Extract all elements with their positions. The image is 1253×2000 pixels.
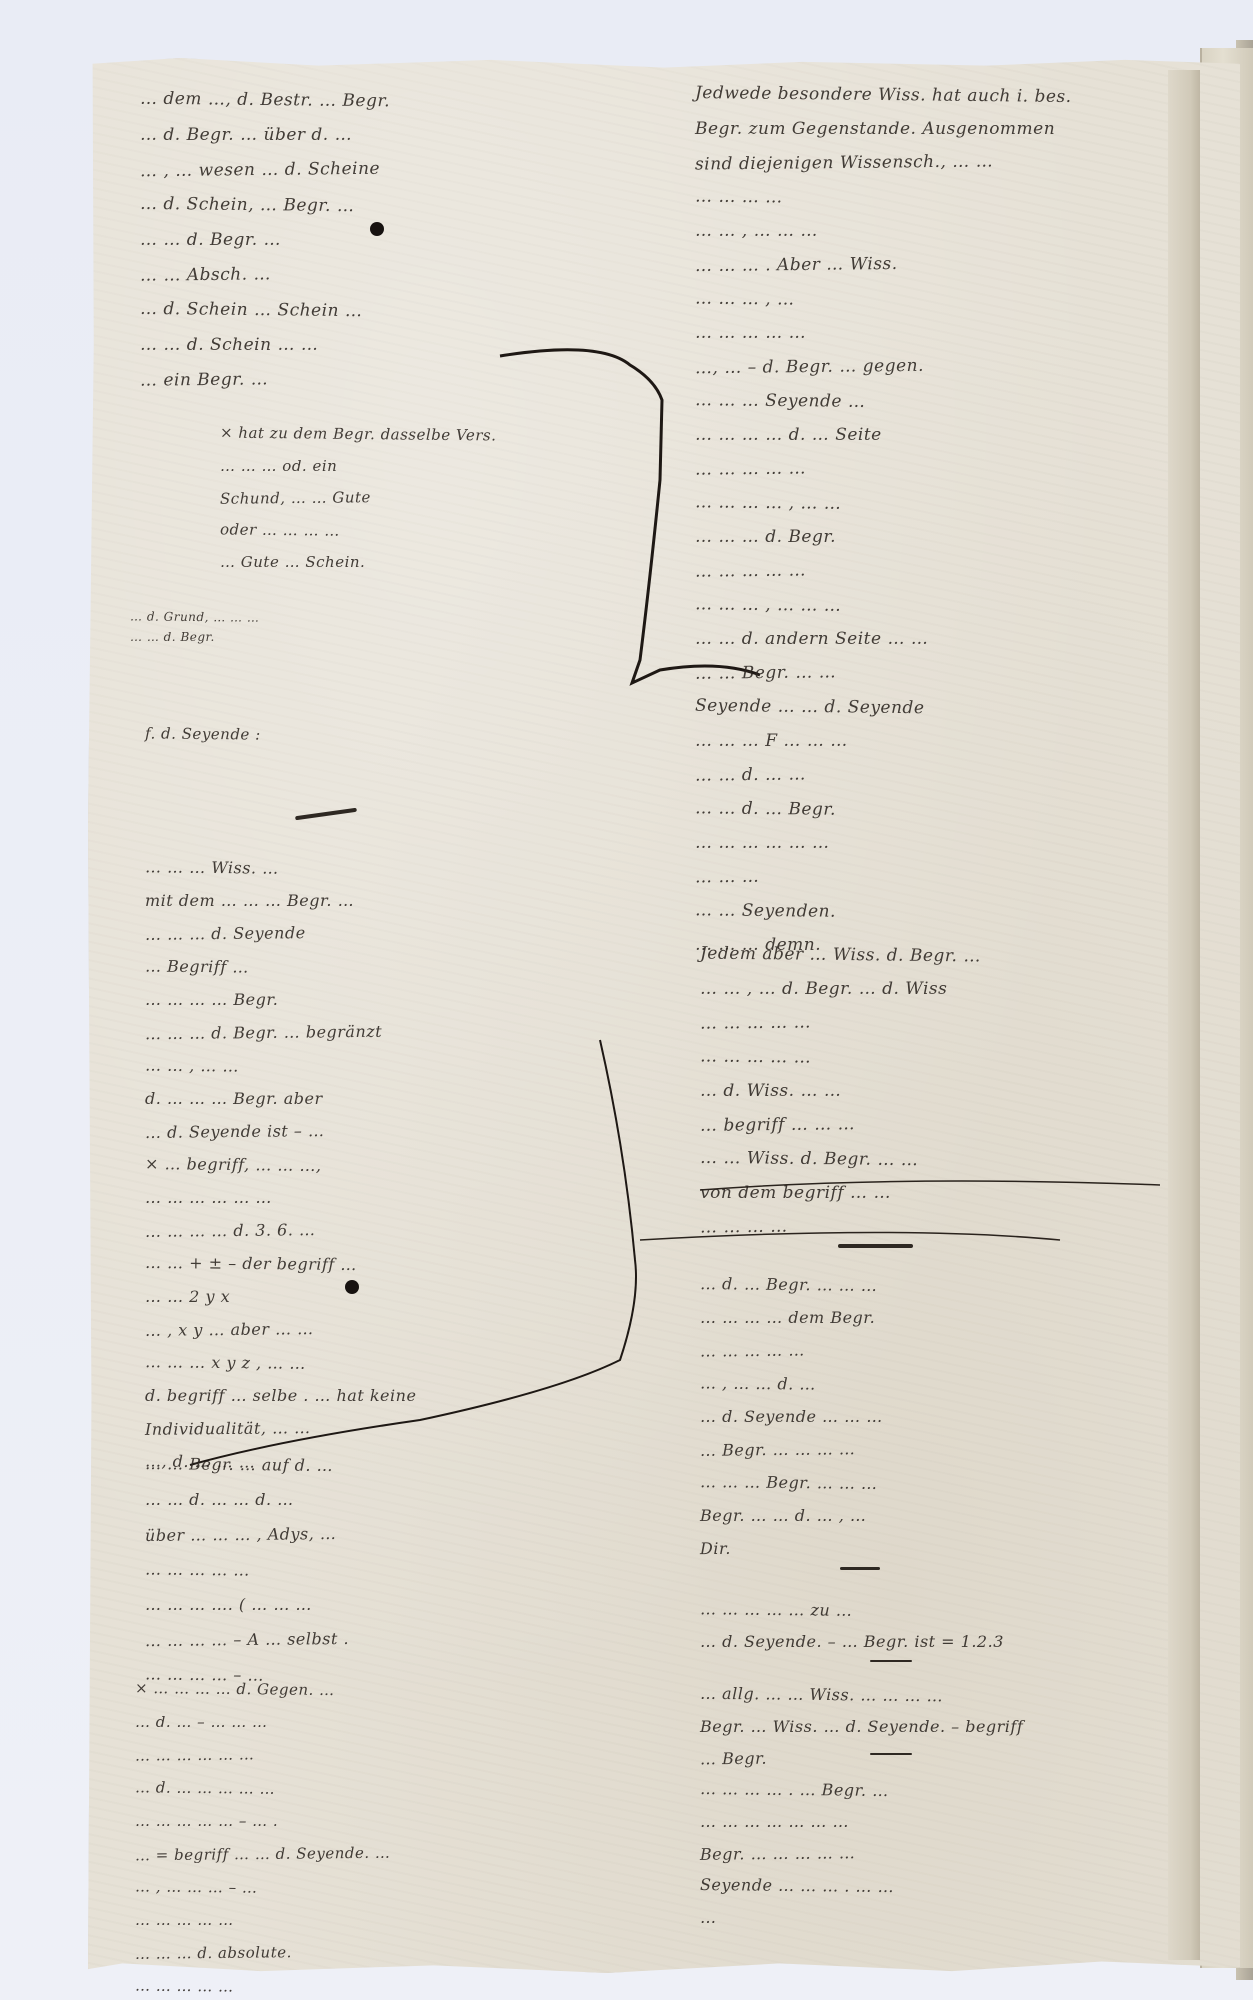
manuscript-line: von dem begriff … … [700,1183,891,1205]
manuscript-line: … … … … dem Begr. [700,1308,875,1330]
manuscript-line: … d. Seyende. – … Begr. ist = 1.2.3 [700,1632,1004,1654]
manuscript-line: … … … … … … [695,833,830,855]
manuscript-line: … … d. … … d. … [145,1490,294,1512]
manuscript-line: … … Wiss. d. Begr. … … [700,1148,918,1172]
manuscript-line: … … … … … zu … [700,1599,852,1623]
manuscript-line: … … , … … … [695,221,818,243]
manuscript-line: …, … – d. Begr. … gegen. [695,356,924,380]
manuscript-line: … Gute … Schein. [220,553,365,575]
manuscript-line: … … … . Aber … Wiss. [695,254,898,278]
manuscript-line: … … … … , … … [695,492,842,516]
manuscript-line: … ein Begr. … [140,369,268,392]
manuscript-line: … … , … d. Begr. … d. Wiss [700,979,947,1001]
manuscript-line: … … … … . … Begr. … [700,1779,889,1803]
manuscript-line: … , … … d. … [700,1373,816,1396]
manuscript-line: … … Begr. … auf d. … [145,1454,333,1478]
manuscript-line: oder … … … … [220,520,340,543]
manuscript-line: … … … … d. … Seite [695,425,882,447]
manuscript-line: … … … , … … … [695,594,842,618]
manuscript-line: … allg. … … Wiss. … … … … [700,1684,943,1709]
manuscript-line: × … begriff, … … …, [145,1154,322,1178]
manuscript-line: … d. Schein … Schein … [140,299,363,323]
manuscript-line: … d. Seyende ist – … [145,1121,325,1145]
manuscript-line: mit dem … … … Begr. … [145,891,354,913]
manuscript-line: … … … d. Begr. … begränzt [145,1022,382,1046]
manuscript-line: … Begr. [700,1749,767,1772]
manuscript-line: … … … d. absolute. [135,1943,292,1967]
manuscript-line: … … … Wiss. … [145,857,279,880]
manuscript-line: … … … … … [135,1911,234,1933]
manuscript-line: … … Begr. … … [695,662,836,685]
manuscript-line: … … … … … [145,1559,250,1582]
manuscript-line: … … … … … [700,1046,811,1069]
manuscript-line: × hat zu dem Begr. dasselbe Vers. [220,424,497,449]
manuscript-line: … … … … [700,1217,788,1240]
manuscript-line: … … d. Begr. … [140,230,281,252]
separator-dash [838,1244,913,1248]
separator-dash [870,1753,912,1755]
manuscript-line: … … … d. Seyende [145,923,306,947]
manuscript-line: × … … … … d. Gegen. … [135,1679,335,1703]
manuscript-line: … d. … … … … … [135,1778,275,1801]
manuscript-line: Jedem aber … Wiss. d. Begr. … [700,944,981,969]
manuscript-line: … … … … … [695,560,806,583]
manuscript-line: … [700,1908,717,1930]
manuscript-line: Begr. … … d. … , … [700,1506,866,1528]
manuscript-line: … d. Seyende … … … [700,1407,883,1429]
manuscript-line: … … … d. Begr. [695,527,836,549]
separator-dash [870,1660,912,1662]
manuscript-line: … begriff … … … [700,1114,855,1138]
manuscript-line: d. … … … Begr. aber [145,1089,323,1111]
manuscript-line: … … d. … Begr. [695,798,836,821]
manuscript-line: … d. … – … … … [135,1713,267,1735]
manuscript-line: … … … od. ein [220,457,337,479]
manuscript-line: … … … …. ( … … … [145,1595,312,1617]
manuscript-line: … … … … … [135,1976,234,1999]
manuscript-line: … … d. … … [695,764,806,787]
manuscript-line: … … d. Schein … … [140,335,318,357]
manuscript-line: … … Absch. … [140,264,271,287]
manuscript-line: … d. … Begr. … … … [700,1274,878,1298]
manuscript-line: Jedwede besondere Wiss. hat auch i. bes. [695,83,1072,109]
manuscript-line: Dir. [700,1539,731,1561]
ink-blot [345,1280,359,1294]
manuscript-line: … … … … … [695,458,806,481]
manuscript-line: … … d. andern Seite … … [695,629,928,651]
manuscript-line: … = begriff … … d. Seyende. … [135,1844,391,1869]
manuscript-line: … … … Begr. … … … [700,1472,878,1496]
manuscript-line: Seyende … … d. Seyende [695,696,925,720]
manuscript-line: … … … … d. 3. 6. … [145,1220,316,1244]
manuscript-line: … … … … – A … selbst . [145,1629,349,1653]
ink-blot [370,222,384,236]
manuscript-line: … … d. Begr. [130,630,215,652]
manuscript-line: … … … Seyende … [695,390,866,414]
manuscript-line: … … … [695,867,760,890]
manuscript-line: … … 2 y x [145,1287,230,1309]
manuscript-line: … , … wesen … d. Scheine [140,159,380,184]
manuscript-line: … … … … … [700,1340,805,1363]
manuscript-line: sind diejenigen Wissensch., … … [695,151,993,176]
manuscript-line: … Begr. … … … … [700,1439,856,1463]
separator-dash [840,1567,880,1570]
manuscript-line: über … … … , Adys, … [145,1524,337,1548]
manuscript-line: … dem …, d. Bestr. … Begr. [140,89,390,114]
manuscript-line: … … … … … … … [700,1812,849,1834]
manuscript-line: … … … … … [695,323,806,345]
manuscript-line: Seyende … … … . … … [700,1875,894,1899]
manuscript-line: Begr. … Wiss. … d. Seyende. – begriff [700,1717,1023,1739]
manuscript-line: … … … … … … [135,1745,255,1768]
manuscript-line: … … Seyenden. [695,900,836,923]
manuscript-line: … … … … … … [145,1188,272,1210]
manuscript-line: … … … … [695,187,783,210]
manuscript-line: Begr. … … … … … [700,1843,856,1867]
manuscript-line: … … , … … [145,1056,239,1079]
manuscript-line: … d. Wiss. … … [700,1081,841,1103]
manuscript-line: … d. Schein, … Begr. … [140,194,355,218]
manuscript-line: … … … F … … … [695,731,848,753]
manuscript-line: Schund, … … Gute [220,488,371,512]
manuscript-line: Individualität, … … [145,1418,311,1442]
manuscript-line: … … … , … [695,288,795,311]
manuscript-line: … , … … … – … [135,1877,258,1900]
manuscript-line: … , x y … aber … … [145,1319,314,1343]
manuscript-line: … … … … Begr. [145,990,278,1012]
manuscript-line: … … … x y z , … … [145,1352,306,1376]
manuscript-line: … … … … … – … . [135,1812,278,1834]
manuscript-line: … d. Begr. … über d. … [140,125,352,147]
manuscript-line: d. begriff … selbe . … hat keine [145,1386,416,1408]
manuscript-line: … … … … … [700,1012,811,1035]
page-gutter [1168,70,1200,1960]
manuscript-line: f. d. Seyende : [145,724,261,747]
manuscript-line: … … + ± – der begriff … [145,1253,357,1277]
manuscript-line: Begr. zum Gegenstande. Ausgenommen [695,119,1055,141]
manuscript-line: … Begriff … [145,956,249,979]
